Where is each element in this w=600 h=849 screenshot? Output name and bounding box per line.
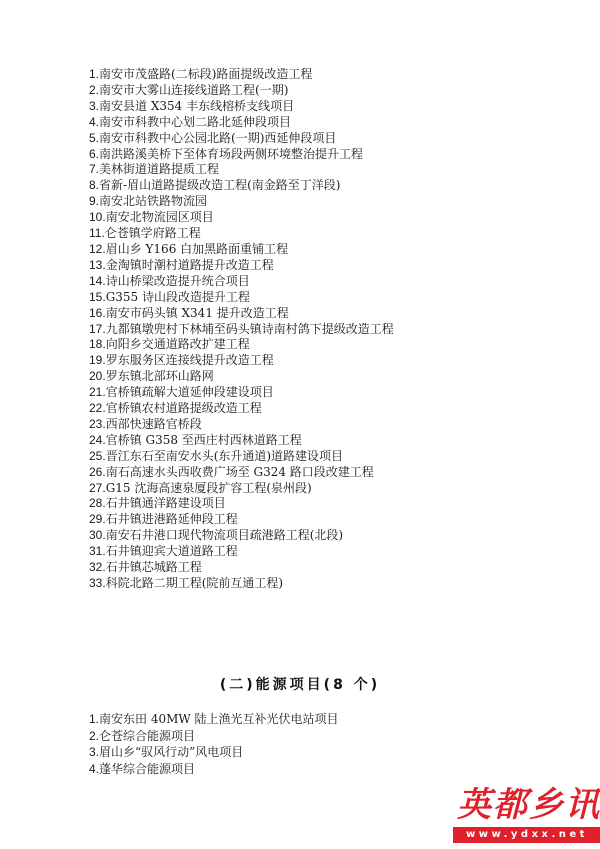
watermark-logo: 英都乡讯 www.ydxx.net <box>453 785 600 849</box>
list-item: 22.官桥镇农村道路提级改造工程 <box>89 401 394 417</box>
list-item: 30.南安石井港口现代物流项目疏港路工程(北段) <box>89 528 394 544</box>
list-item: 18.向阳乡交通道路改扩建工程 <box>89 337 394 353</box>
list-item: 4.南安市科教中心划二路北延伸段项目 <box>89 115 394 131</box>
road-projects-list: 1.南安市茂盛路(二标段)路面提级改造工程 2.南安市大雾山连接线道路工程(一期… <box>89 67 394 592</box>
list-item: 8.省新-眉山道路提级改造工程(南金路至丁洋段) <box>89 178 394 194</box>
list-item: 16.南安市码头镇 X341 提升改造工程 <box>89 306 394 322</box>
list-item: 7.美林街道道路提质工程 <box>89 162 394 178</box>
list-item: 15.G355 诗山段改造提升工程 <box>89 290 394 306</box>
list-item: 28.石井镇通洋路建设项目 <box>89 496 394 512</box>
list-item: 2.仑苍综合能源项目 <box>89 728 339 745</box>
watermark-url: www.ydxx.net <box>453 827 600 843</box>
list-item: 4.蓬华综合能源项目 <box>89 761 339 778</box>
list-item: 31.石井镇迎宾大道道路工程 <box>89 544 394 560</box>
list-item: 20.罗东镇北部环山路网 <box>89 369 394 385</box>
list-item: 1.南安东田 40MW 陆上渔光互补光伏电站项目 <box>89 711 339 728</box>
list-item: 26.南石高速水头西收费广场至 G324 路口段改建工程 <box>89 465 394 481</box>
list-item: 21.官桥镇疏解大道延伸段建设项目 <box>89 385 394 401</box>
list-item: 12.眉山乡 Y166 白加黑路面重铺工程 <box>89 242 394 258</box>
list-item: 27.G15 沈海高速泉厦段扩容工程(泉州段) <box>89 481 394 497</box>
list-item: 29.石井镇进港路延伸段工程 <box>89 512 394 528</box>
list-item: 3.南安县道 X354 丰东线榕桥支线项目 <box>89 99 394 115</box>
watermark-title: 英都乡讯 <box>457 785 600 825</box>
list-item: 13.金淘镇时潮村道路提升改造工程 <box>89 258 394 274</box>
energy-projects-list: 1.南安东田 40MW 陆上渔光互补光伏电站项目 2.仑苍综合能源项目 3.眉山… <box>89 711 339 778</box>
list-item: 5.南安市科教中心公园北路(一期)西延伸段项目 <box>89 131 394 147</box>
list-item: 11.仑苍镇学府路工程 <box>89 226 394 242</box>
list-item: 23.西部快速路官桥段 <box>89 417 394 433</box>
list-item: 24.官桥镇 G358 至西庄村西林道路工程 <box>89 433 394 449</box>
list-item: 6.南洪路溪美桥下至体育场段两侧环境整治提升工程 <box>89 147 394 163</box>
list-item: 10.南安北物流园区项目 <box>89 210 394 226</box>
list-item: 3.眉山乡“驭风行动”风电项目 <box>89 744 339 761</box>
section-heading-energy: (二)能源项目(8 个) <box>0 674 600 694</box>
list-item: 19.罗东服务区连接线提升改造工程 <box>89 353 394 369</box>
list-item: 32.石井镇芯城路工程 <box>89 560 394 576</box>
list-item: 2.南安市大雾山连接线道路工程(一期) <box>89 83 394 99</box>
list-item: 1.南安市茂盛路(二标段)路面提级改造工程 <box>89 67 394 83</box>
list-item: 33.科院北路二期工程(院前互通工程) <box>89 576 394 592</box>
list-item: 25.晋江东石至南安水头(东升通道)道路建设项目 <box>89 449 394 465</box>
list-item: 9.南安北站铁路物流园 <box>89 194 394 210</box>
list-item: 14.诗山桥梁改造提升统合项目 <box>89 274 394 290</box>
list-item: 17.九都镇墩兜村下林埔至码头镇诗南村鸽下提级改造工程 <box>89 322 394 338</box>
